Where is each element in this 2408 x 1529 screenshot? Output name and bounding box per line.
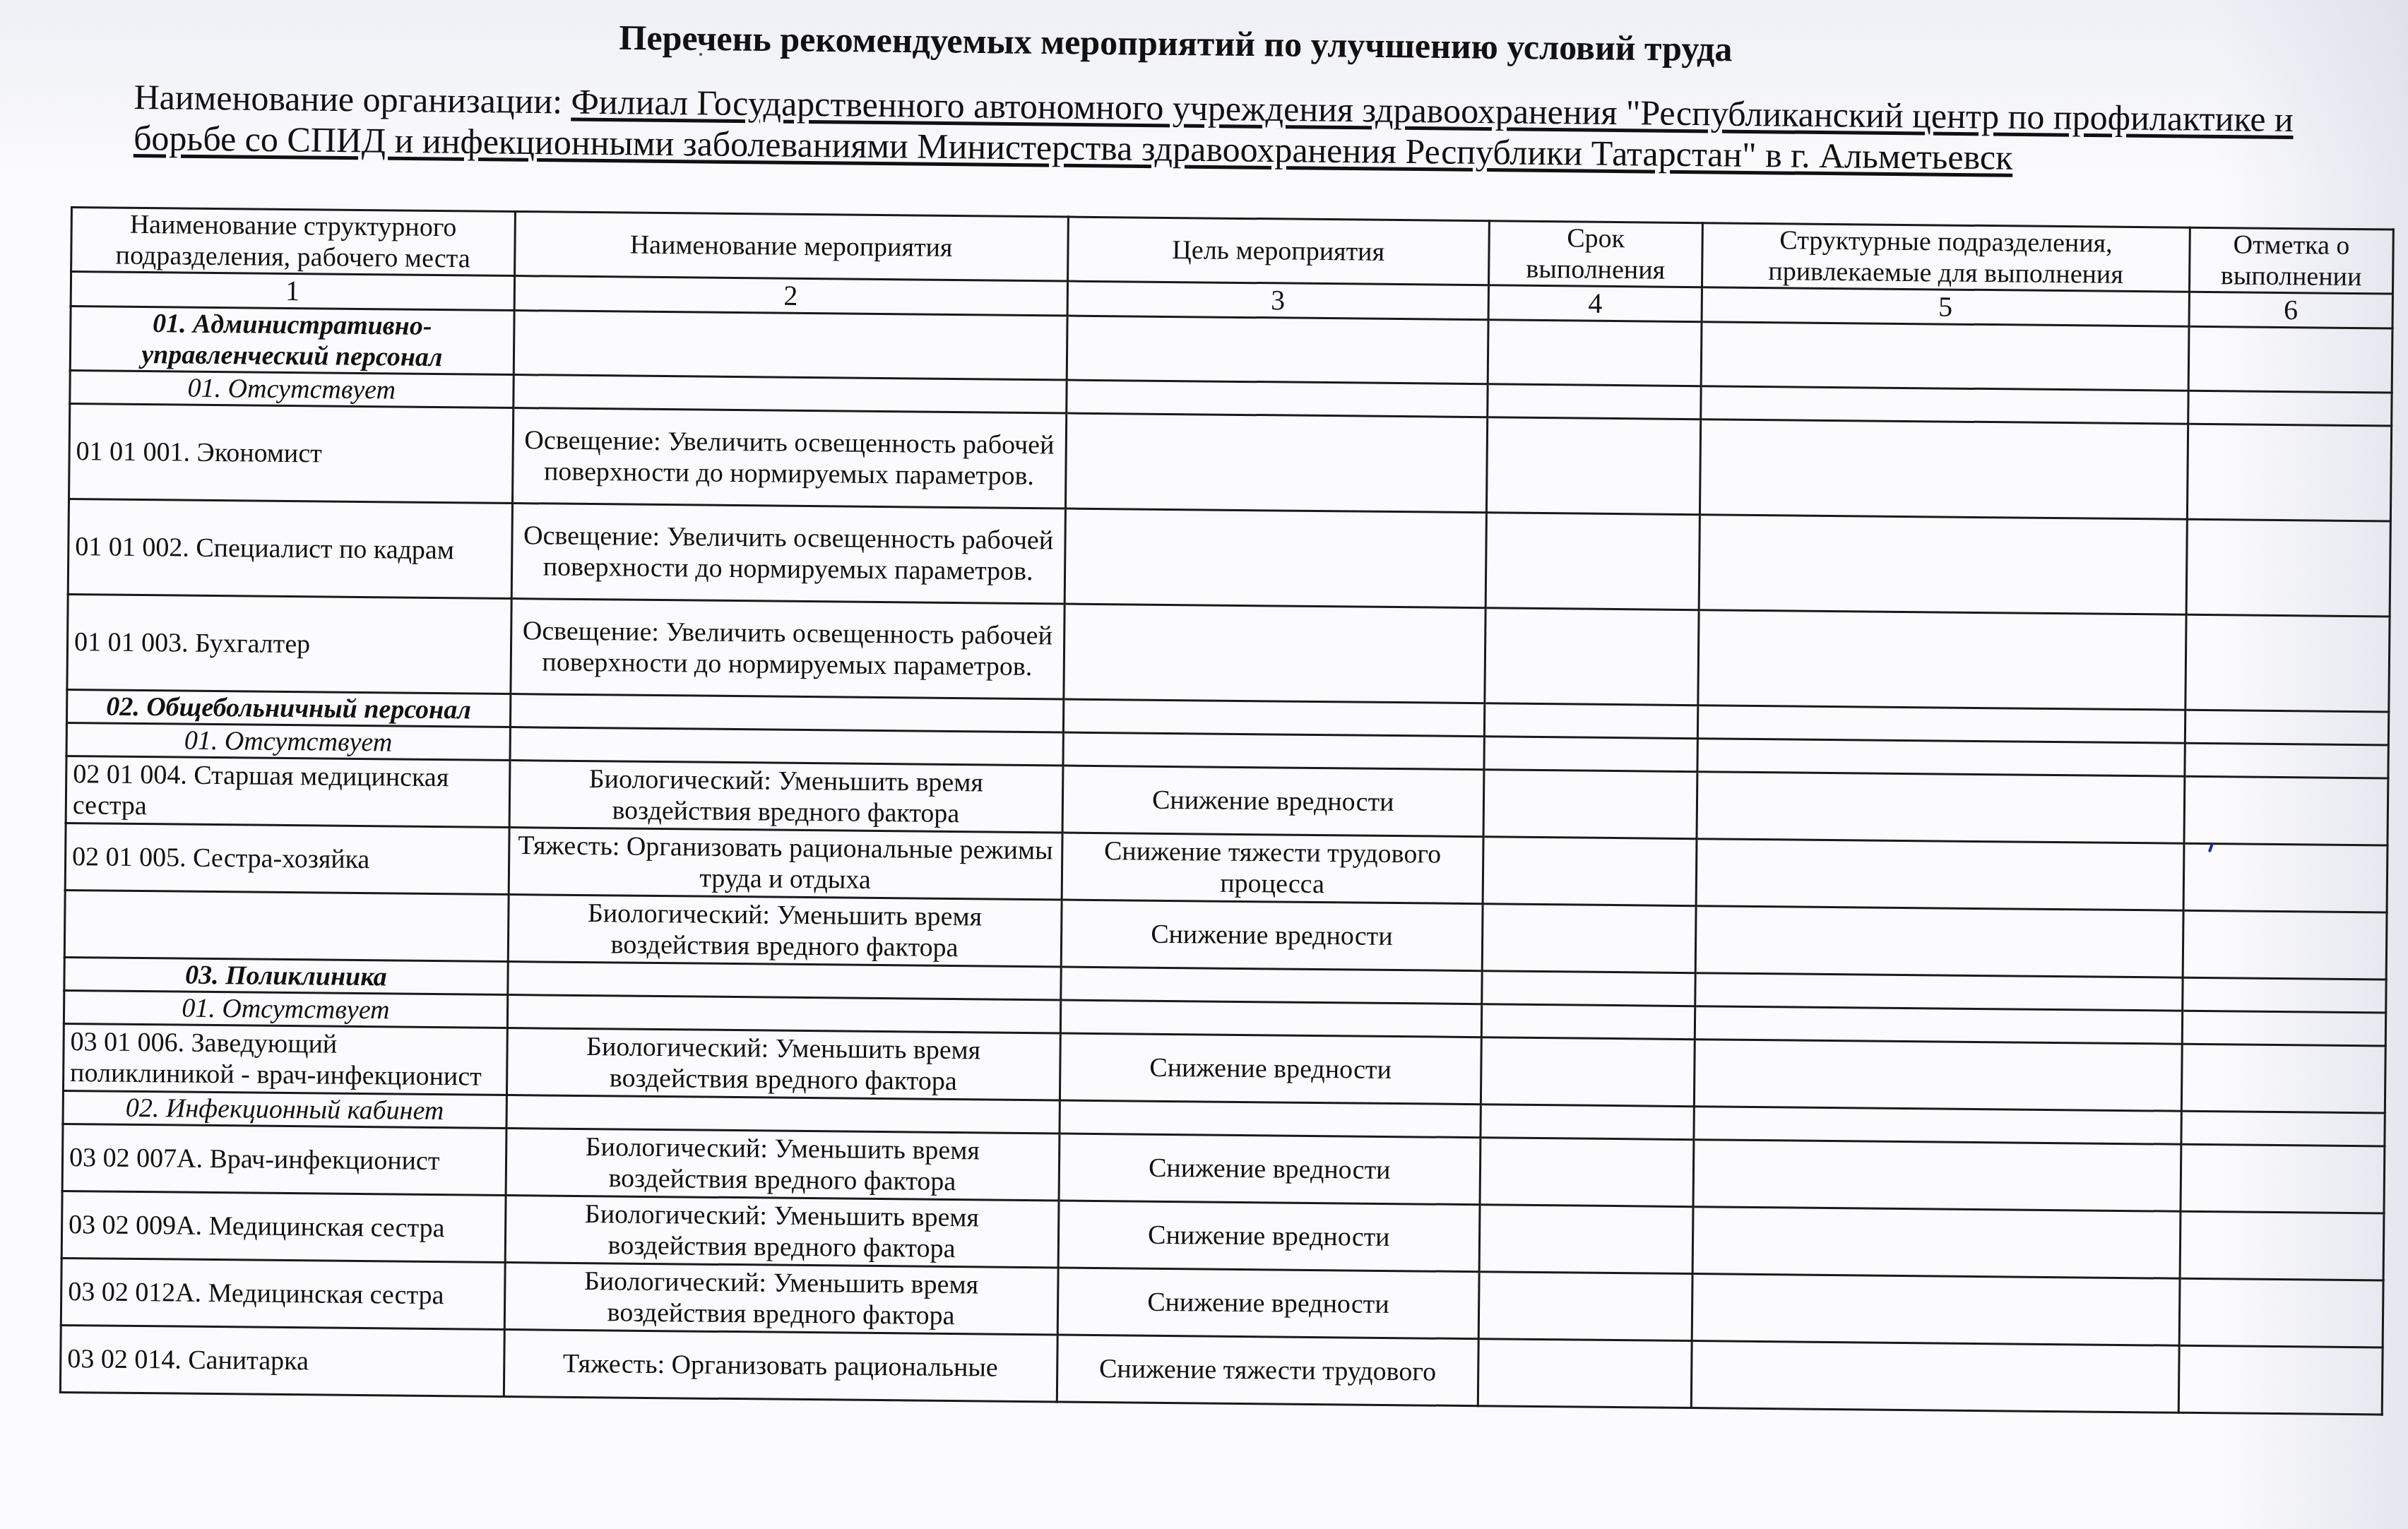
- goal-cell: [1065, 413, 1488, 513]
- deadline-cell: [1488, 384, 1701, 420]
- header-workplace: Наименование структурного подразделения,…: [71, 208, 516, 276]
- completion-cell: [2188, 391, 2392, 426]
- completion-cell: [2188, 326, 2392, 393]
- completion-cell: [2185, 614, 2390, 712]
- completion-cell: [2181, 1044, 2385, 1113]
- measure-cell: [513, 375, 1066, 414]
- column-number: 3: [1067, 281, 1489, 320]
- completion-cell: [2181, 1111, 2385, 1146]
- completion-cell: [2183, 910, 2387, 980]
- goal-cell: [1067, 316, 1488, 384]
- goal-cell: Снижение вредности: [1061, 900, 1483, 971]
- deadline-cell: [1480, 1138, 1694, 1207]
- goal-cell: Снижение вредности: [1058, 1201, 1480, 1272]
- departments-cell: [1701, 386, 2188, 424]
- goal-cell: Снижение тяжести трудового: [1057, 1335, 1478, 1406]
- measure-cell: Биологический: Уменьшить время воздейств…: [506, 1028, 1060, 1100]
- workplace-cell: 01 01 003. Бухгалтер: [67, 594, 511, 694]
- workplace-cell: 02. Общебольничный персонал: [66, 689, 510, 727]
- completion-cell: [2180, 1211, 2384, 1280]
- goal-cell: Снижение вредности: [1059, 1134, 1481, 1205]
- workplace-cell: 03. Поликлиника: [64, 957, 508, 994]
- column-number: 5: [1702, 287, 2189, 327]
- measure-cell: Биологический: Уменьшить время воздейств…: [504, 1262, 1058, 1335]
- measure-cell: [510, 694, 1063, 733]
- organization-line: Наименование организации: Филиал Государ…: [134, 76, 2338, 182]
- goal-cell: Снижение вредности: [1060, 1033, 1481, 1105]
- workplace-cell: 02. Инфекционный кабинет: [63, 1090, 506, 1128]
- header-goal: Цель мероприятия: [1067, 217, 1489, 285]
- departments-cell: [1692, 1207, 2181, 1279]
- workplace-cell: 03 01 006. Заведующий поликлиникой - вра…: [63, 1023, 507, 1095]
- workplace-cell: 03 02 014. Санитарка: [60, 1325, 504, 1396]
- workplace-cell: 01. Отсутствует: [64, 990, 507, 1028]
- column-number: 1: [71, 272, 514, 311]
- deadline-cell: [1481, 1004, 1695, 1040]
- deadline-cell: [1482, 971, 1695, 1006]
- goal-cell: [1060, 967, 1482, 1004]
- workplace-cell: 02 01 004. Старшая медицинская сестра: [66, 756, 510, 827]
- header-measure: Наименование мероприятия: [514, 212, 1068, 282]
- departments-cell: [1695, 973, 2183, 1011]
- column-number: 6: [2189, 292, 2393, 328]
- goal-cell: [1060, 1000, 1482, 1037]
- measure-cell: Биологический: Уменьшить время воздейств…: [508, 894, 1062, 967]
- departments-cell: [1697, 739, 2185, 777]
- completion-cell: [2182, 1011, 2386, 1046]
- goal-cell: Снижение вредности: [1062, 766, 1484, 837]
- departments-cell: [1696, 839, 2184, 911]
- deadline-cell: [1486, 417, 1700, 515]
- completion-cell: [2183, 977, 2387, 1013]
- goal-cell: Снижение вредности: [1057, 1268, 1479, 1339]
- completion-cell: [2178, 1345, 2383, 1415]
- deadline-cell: [1485, 513, 1700, 610]
- departments-cell: [1693, 1140, 2181, 1212]
- completion-cell: [2185, 743, 2389, 778]
- departments-cell: [1691, 1341, 2179, 1413]
- workplace-cell: 03 02 009А. Медицинская сестра: [61, 1191, 506, 1262]
- measure-cell: Биологический: Уменьшить время воздейств…: [505, 1195, 1059, 1268]
- deadline-cell: [1478, 1339, 1692, 1408]
- header-deadline: Срок выполнения: [1489, 221, 1703, 287]
- measure-cell: [510, 727, 1063, 766]
- goal-cell: [1059, 1100, 1481, 1138]
- workplace-cell: 03 02 007А. Врач-инфекционист: [62, 1124, 506, 1195]
- deadline-cell: [1482, 904, 1696, 973]
- measure-cell: Освещение: Увеличить освещенность рабоче…: [511, 599, 1064, 700]
- measure-cell: [514, 311, 1067, 381]
- workplace-cell: 01. Отсутствует: [70, 371, 514, 408]
- deadline-cell: [1479, 1205, 1693, 1274]
- measure-cell: [507, 994, 1060, 1033]
- measure-cell: Биологический: Уменьшить время воздейств…: [506, 1128, 1060, 1201]
- header-departments: Структурные подразделения, привлекаемые …: [1702, 223, 2190, 292]
- departments-cell: [1694, 1107, 2181, 1145]
- measure-cell: Тяжесть: Организовать рациональные режим…: [509, 827, 1062, 900]
- document-title: Перечень рекомендуемых мероприятий по ул…: [0, 10, 2380, 76]
- workplace-cell: 02 01 005. Сестра-хозяйка: [65, 823, 509, 894]
- measure-cell: [508, 961, 1061, 1000]
- workplace-cell: 01 01 002. Специалист по кадрам: [68, 499, 512, 598]
- departments-cell: [1694, 1040, 2182, 1112]
- goal-cell: [1063, 699, 1485, 737]
- deadline-cell: [1481, 1037, 1695, 1107]
- completion-cell: [2181, 1144, 2385, 1213]
- measure-cell: Освещение: Увеличить освещенность рабоче…: [511, 504, 1065, 605]
- departments-cell: [1695, 1006, 2182, 1045]
- goal-cell: [1063, 604, 1485, 703]
- goal-cell: [1066, 380, 1488, 417]
- column-number: 4: [1488, 285, 1702, 322]
- goal-cell: [1062, 732, 1484, 770]
- completion-cell: [2179, 1278, 2383, 1347]
- completion-cell: [2187, 424, 2391, 521]
- deadline-cell: [1488, 320, 1702, 386]
- completion-cell: [2184, 776, 2388, 845]
- departments-cell: [1692, 1274, 2180, 1346]
- goal-cell: [1064, 508, 1487, 608]
- deadline-cell: [1478, 1272, 1692, 1341]
- departments-cell: [1700, 420, 2188, 520]
- departments-cell: [1697, 706, 2185, 744]
- departments-cell: [1701, 322, 2189, 391]
- organization-label: Наименование организации:: [134, 77, 562, 121]
- completion-cell: [2185, 710, 2389, 745]
- completion-cell: [2183, 843, 2388, 912]
- workplace-cell: [64, 890, 509, 961]
- deadline-cell: [1483, 770, 1697, 839]
- measure-cell: [506, 1095, 1060, 1134]
- header-completion-mark: Отметка о выполнении: [2189, 227, 2393, 294]
- measures-table: Наименование структурного подразделения,…: [59, 206, 2395, 1416]
- deadline-cell: [1484, 703, 1697, 739]
- measure-cell: Биологический: Уменьшить время воздейств…: [509, 761, 1063, 833]
- departments-cell: [1695, 906, 2183, 978]
- deadline-cell: [1485, 608, 1699, 706]
- workplace-cell: 01 01 001. Экономист: [69, 404, 514, 504]
- deadline-cell: [1484, 737, 1697, 772]
- column-number: 2: [514, 276, 1067, 316]
- workplace-cell: 01. Административно-управленческий персо…: [70, 307, 514, 375]
- goal-cell: Снижение тяжести трудового процесса: [1062, 833, 1483, 904]
- deadline-cell: [1483, 837, 1697, 906]
- measure-cell: Тяжесть: Организовать рациональные: [504, 1329, 1057, 1402]
- departments-cell: [1697, 772, 2185, 844]
- measure-cell: Освещение: Увеличить освещенность рабоче…: [512, 408, 1066, 509]
- departments-cell: [1699, 515, 2187, 615]
- deadline-cell: [1481, 1105, 1694, 1140]
- workplace-cell: 01. Отсутствует: [66, 722, 510, 760]
- workplace-cell: 03 02 012А. Медицинская сестра: [61, 1258, 505, 1329]
- completion-cell: [2186, 519, 2390, 617]
- departments-cell: [1698, 610, 2186, 710]
